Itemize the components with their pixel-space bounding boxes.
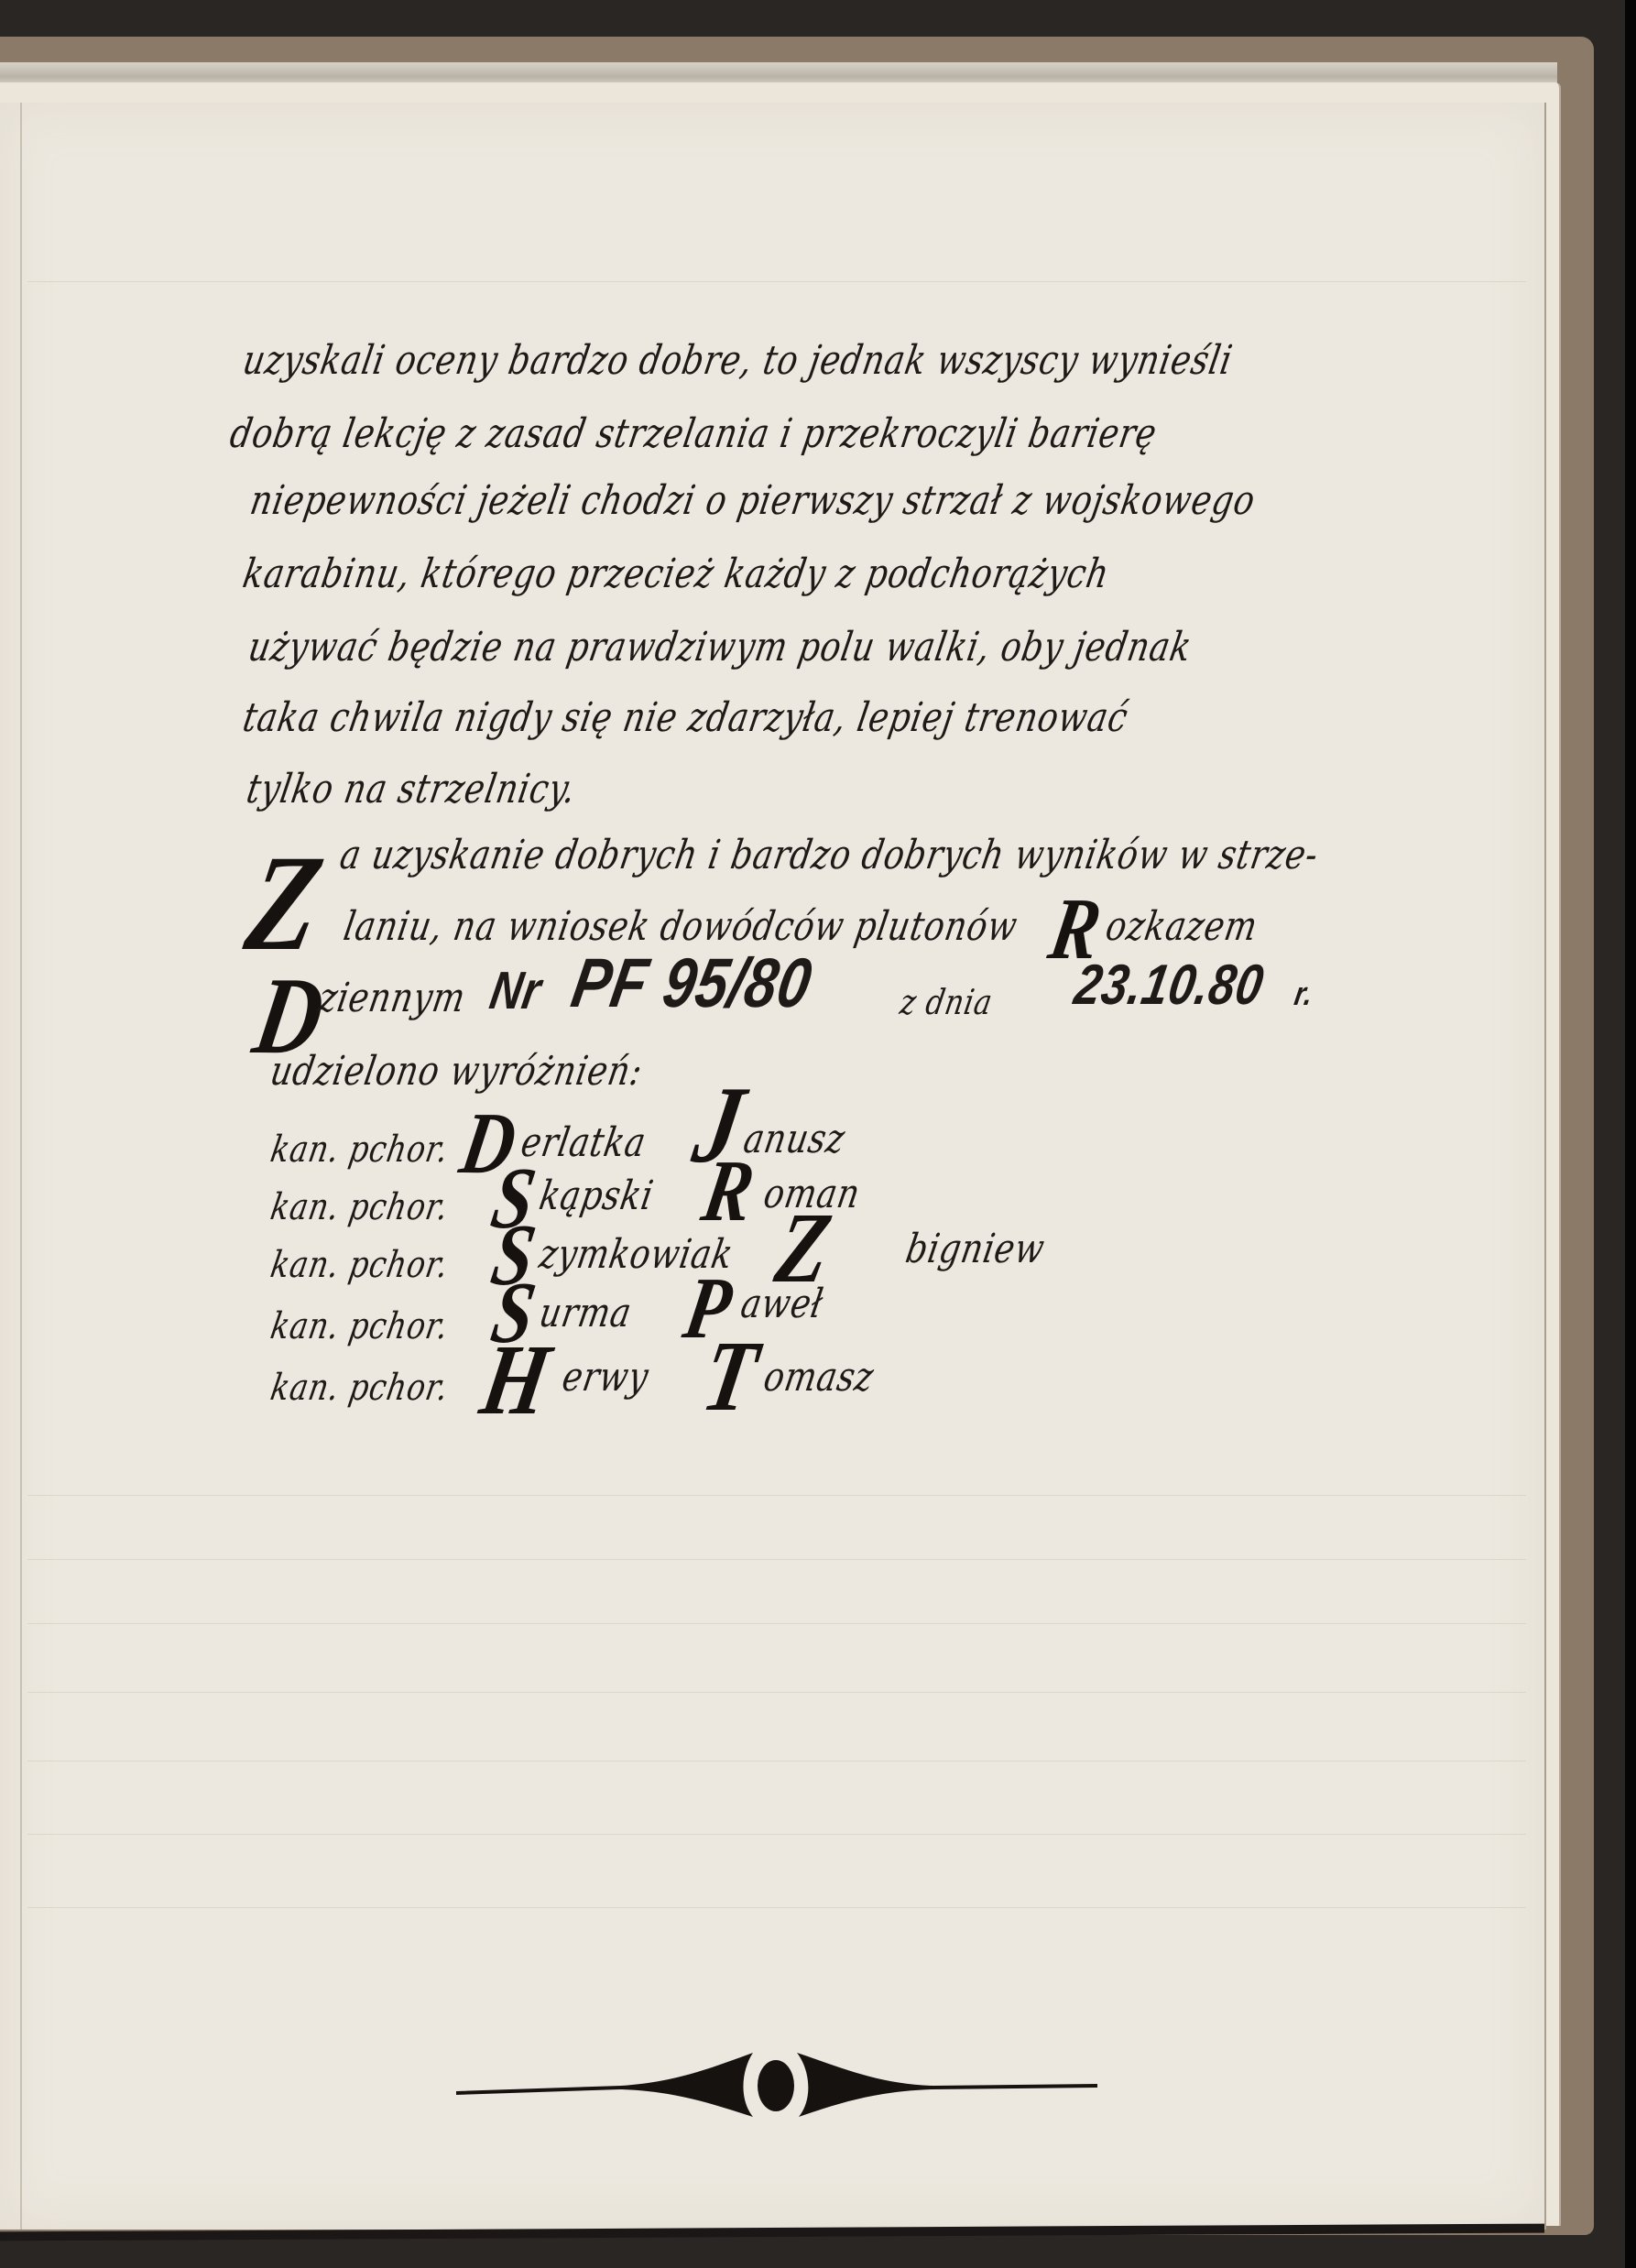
decorative-divider-icon (456, 2047, 1097, 2121)
ruling-line (27, 1623, 1526, 1624)
background-strip (1625, 0, 1636, 2268)
text-line: niepewności jeżeli chodzi o pierwszy str… (247, 481, 1259, 521)
text-line: taka chwila nigdy się nie zdarzyła, lepi… (240, 698, 1131, 738)
surname: erwy (559, 1354, 652, 1401)
text-line: karabinu, którego przecież każdy z podch… (240, 554, 1112, 594)
ruling-line (27, 281, 1526, 282)
ruling-line (27, 1495, 1526, 1496)
text-line: dobrą lekcję z zasad strzelania i przekr… (227, 414, 1160, 454)
text-line: a uzyskanie dobrych i bardzo dobrych wyn… (337, 835, 1322, 876)
text-line: uzyskali oceny bardzo dobre, to jednak w… (240, 341, 1236, 381)
ruling-line (27, 1761, 1526, 1761)
text-line: udzielono wyróżnień: (267, 1052, 646, 1092)
rank-label: kan. pchor. (267, 1186, 452, 1228)
order-number: PF 95/80 (566, 943, 818, 1023)
surname-initial: H (476, 1339, 555, 1420)
text-line: ziennym (316, 978, 468, 1019)
rank-label: kan. pchor. (267, 1367, 452, 1409)
date-label: z dnia (898, 985, 996, 1020)
ruling-line (27, 1907, 1526, 1908)
surname: kąpski (536, 1172, 657, 1219)
text-line: używać będzie na prawdziwym polu walki, … (245, 627, 1194, 668)
order-date: 23.10.80 (1070, 953, 1269, 1018)
rank-label: kan. pchor. (267, 1305, 452, 1347)
text-line: laniu, na wniosek dowódców plutonów (341, 907, 1020, 947)
ruling-line (27, 1692, 1526, 1693)
rank-label: kan. pchor. (267, 1129, 452, 1171)
rank-label: kan. pchor. (267, 1244, 452, 1286)
firstname: bigniew (902, 1226, 1048, 1272)
ruling-line (27, 1834, 1526, 1835)
ruling-line (27, 1559, 1526, 1560)
gutter-line (20, 103, 22, 2230)
order-word: ozkazem (1103, 907, 1260, 947)
text-line: tylko na strzelnicy. (244, 769, 579, 810)
firstname: omasz (760, 1354, 878, 1401)
